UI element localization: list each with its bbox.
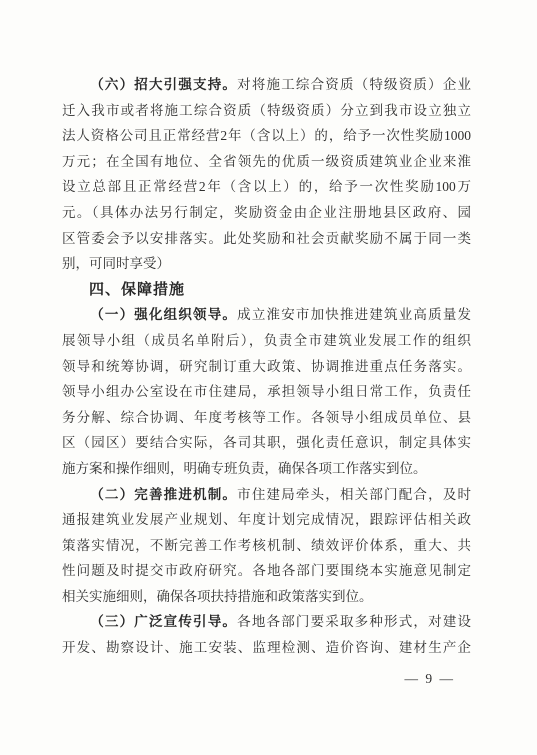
line-text: 务分解、综合协调、年度考核等工作。各领导小组成员单位、县 bbox=[62, 410, 471, 425]
line-text: 展领导小组（成员名单附后），负责全市建筑业发展工作的组织 bbox=[62, 333, 471, 348]
line-text: 万元；在全国有地位、全省领先的优质一级资质建筑业企业来淮 bbox=[62, 154, 471, 169]
paragraph-lead: （三）广泛宣传引导。 bbox=[89, 614, 237, 629]
text-line: 展领导小组（成员名单附后），负责全市建筑业发展工作的组织 bbox=[62, 328, 471, 354]
line-text: 别，可同时享受） bbox=[62, 256, 170, 271]
text-line: 务分解、综合协调、年度考核等工作。各领导小组成员单位、县 bbox=[62, 405, 471, 431]
text-line: 区（园区）要结合实际，各司其职，强化责任意识，制定具体实 bbox=[62, 430, 471, 456]
text-line: 法人资格公司且正常经营2年（含以上）的，给予一次性奖励1000 bbox=[62, 123, 471, 149]
section-heading-line: 四、保障措施 bbox=[62, 277, 471, 303]
line-text: 迁入我市或者将施工综合资质（特级资质）分立到我市设立独立 bbox=[62, 103, 471, 118]
paragraph-indent bbox=[62, 318, 89, 319]
text-line: （二）完善推进机制。市住建局牵头，相关部门配合，及时 bbox=[62, 482, 471, 508]
text-line: 区管委会予以安排落实。此处奖励和社会贡献奖励不属于同一类 bbox=[62, 226, 471, 252]
line-text: 设立总部且正常经营2年（含以上）的，给予一次性奖励100万 bbox=[62, 179, 471, 194]
text-line: 元。（具体办法另行制定，奖励资金由企业注册地县区政府、园 bbox=[62, 200, 471, 226]
text-line: 开发、勘察设计、施工安装、监理检测、造价咨询、建材生产企 bbox=[62, 635, 471, 661]
text-line: 施方案和操作细则，明确专班负责，确保各项工作落实到位。 bbox=[62, 456, 471, 482]
line-text: 性问题及时提交市政府研究。各地各部门要围绕本实施意见制定 bbox=[62, 563, 471, 578]
page-number: — 9 — bbox=[405, 671, 456, 687]
line-text: 领导小组办公室设在市住建局，承担领导小组日常工作，负责任 bbox=[62, 384, 471, 399]
paragraph-lead: （一）强化组织领导。 bbox=[89, 307, 237, 322]
line-text: 市住建局牵头，相关部门配合，及时 bbox=[237, 487, 471, 502]
line-text: 区（园区）要结合实际，各司其职，强化责任意识，制定具体实 bbox=[62, 435, 471, 450]
document-body: （六）招大引强支持。对将施工综合资质（特级资质）企业迁入我市或者将施工综合资质（… bbox=[62, 72, 471, 661]
text-line: 领导小组办公室设在市住建局，承担领导小组日常工作，负责任 bbox=[62, 379, 471, 405]
paragraph-indent bbox=[62, 625, 89, 626]
line-text: 各地各部门要采取多种形式，对建设 bbox=[237, 614, 471, 629]
document-page: （六）招大引强支持。对将施工综合资质（特级资质）企业迁入我市或者将施工综合资质（… bbox=[0, 0, 537, 755]
line-text: 区管委会予以安排落实。此处奖励和社会贡献奖励不属于同一类 bbox=[62, 231, 471, 246]
line-text: 成立淮安市加快推进建筑业高质量发 bbox=[237, 307, 471, 322]
paragraph-lead: 四、保障措施 bbox=[89, 281, 185, 298]
text-line: （一）强化组织领导。成立淮安市加快推进建筑业高质量发 bbox=[62, 302, 471, 328]
text-line: （六）招大引强支持。对将施工综合资质（特级资质）企业 bbox=[62, 72, 471, 98]
paragraph-lead: （六）招大引强支持。 bbox=[89, 77, 237, 92]
line-text: 元。（具体办法另行制定，奖励资金由企业注册地县区政府、园 bbox=[62, 205, 471, 220]
text-line: （三）广泛宣传引导。各地各部门要采取多种形式，对建设 bbox=[62, 609, 471, 635]
line-text: 开发、勘察设计、施工安装、监理检测、造价咨询、建材生产企 bbox=[62, 640, 471, 655]
line-text: 领导和统筹协调，研究制订重大政策、协调推进重点任务落实。 bbox=[62, 359, 471, 374]
text-line: 通报建筑业发展产业规划、年度计划完成情况，跟踪评估相关政 bbox=[62, 507, 471, 533]
line-text: 对将施工综合资质（特级资质）企业 bbox=[237, 77, 471, 92]
text-line: 万元；在全国有地位、全省领先的优质一级资质建筑业企业来淮 bbox=[62, 149, 471, 175]
text-line: 性问题及时提交市政府研究。各地各部门要围绕本实施意见制定 bbox=[62, 558, 471, 584]
line-text: 施方案和操作细则，明确专班负责，确保各项工作落实到位。 bbox=[62, 461, 427, 476]
text-line: 别，可同时享受） bbox=[62, 251, 471, 277]
paragraph-indent bbox=[62, 498, 89, 499]
line-text: 策落实情况，不断完善工作考核机制、绩效评价体系，重大、共 bbox=[62, 538, 471, 553]
text-line: 相关实施细则，确保各项扶持措施和政策落实到位。 bbox=[62, 584, 471, 610]
text-line: 策落实情况，不断完善工作考核机制、绩效评价体系，重大、共 bbox=[62, 533, 471, 559]
line-text: 法人资格公司且正常经营2年（含以上）的，给予一次性奖励1000 bbox=[62, 128, 471, 143]
line-text: 通报建筑业发展产业规划、年度计划完成情况，跟踪评估相关政 bbox=[62, 512, 471, 527]
paragraph-indent bbox=[62, 293, 89, 294]
text-line: 设立总部且正常经营2年（含以上）的，给予一次性奖励100万 bbox=[62, 174, 471, 200]
text-line: 迁入我市或者将施工综合资质（特级资质）分立到我市设立独立 bbox=[62, 98, 471, 124]
paragraph-indent bbox=[62, 88, 89, 89]
line-text: 相关实施细则，确保各项扶持措施和政策落实到位。 bbox=[62, 589, 373, 604]
text-line: 领导和统筹协调，研究制订重大政策、协调推进重点任务落实。 bbox=[62, 354, 471, 380]
paragraph-lead: （二）完善推进机制。 bbox=[89, 487, 237, 502]
